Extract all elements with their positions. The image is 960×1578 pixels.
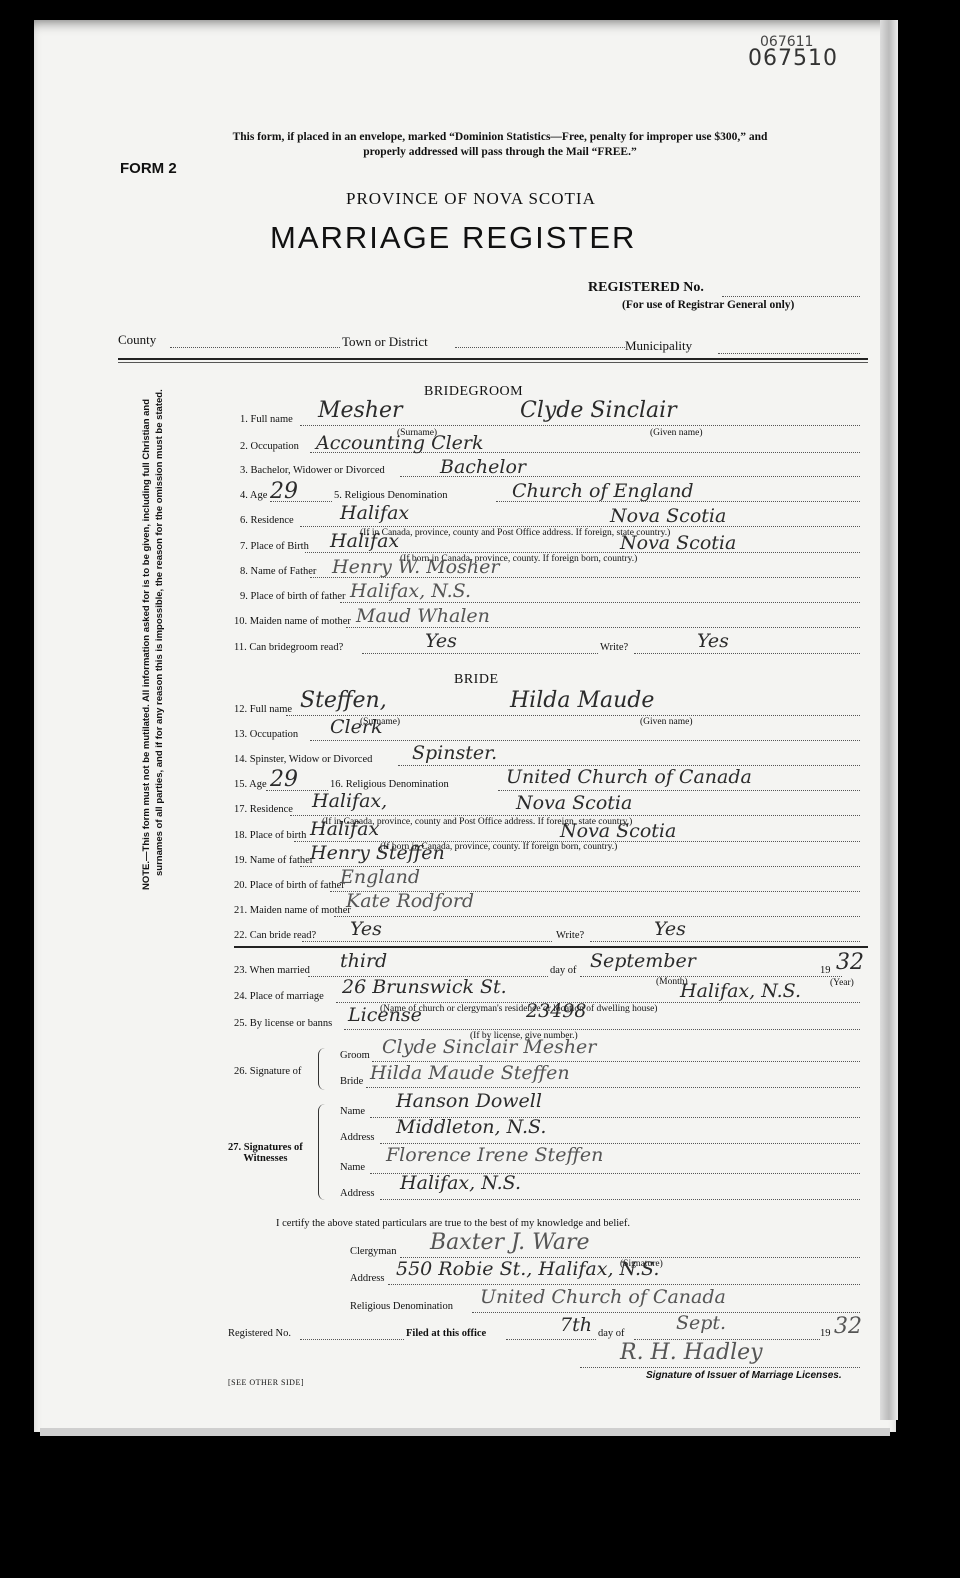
witnesses-label: 27. Signatures of Witnesses bbox=[228, 1142, 303, 1164]
filed-label: Filed at this office bbox=[406, 1328, 486, 1339]
groom-occupation: Accounting Clerk bbox=[316, 432, 484, 454]
marriage-place-city: Halifax, N.S. bbox=[680, 980, 801, 1002]
witness1-name-label: Name bbox=[340, 1106, 365, 1117]
registered-no-field[interactable] bbox=[722, 295, 860, 297]
groom-can-write: Yes bbox=[697, 630, 729, 652]
bride-father-birthplace: England bbox=[340, 866, 420, 888]
witnesses-label-line1: 27. Signatures of bbox=[228, 1142, 303, 1153]
marriage-place: 26 Brunswick St. bbox=[342, 976, 507, 998]
bride-father: Henry Steffen bbox=[310, 842, 445, 864]
town-field[interactable] bbox=[455, 346, 625, 348]
groom-father-birthplace: Halifax, N.S. bbox=[350, 580, 471, 602]
groom-status-label: 3. Bachelor, Widower or Divorced bbox=[240, 465, 385, 476]
year-prefix: 19 bbox=[820, 965, 831, 976]
groom-write-label: Write? bbox=[600, 642, 628, 653]
bride-can-read: Yes bbox=[350, 918, 382, 940]
groom-religion: Church of England bbox=[512, 480, 694, 502]
page-edge bbox=[880, 20, 898, 1420]
marriage-day: third bbox=[340, 950, 387, 972]
bride-birthplace-province: Nova Scotia bbox=[560, 820, 676, 842]
bride-religion-label: 16. Religious Denomination bbox=[330, 779, 449, 790]
bride-residence-label: 17. Residence bbox=[234, 804, 293, 815]
filed-year-prefix: 19 bbox=[820, 1328, 831, 1339]
groom-surname: Mesher bbox=[318, 398, 403, 423]
postal-notice-line1: This form, if placed in an envelope, mar… bbox=[150, 130, 850, 145]
groom-birthplace-province: Nova Scotia bbox=[620, 532, 736, 554]
registered-no-footer-label: Registered No. bbox=[228, 1328, 291, 1339]
municipality-label: Municipality bbox=[625, 338, 692, 354]
see-other-side: [SEE OTHER SIDE] bbox=[228, 1378, 304, 1387]
county-label: County bbox=[118, 332, 156, 348]
bride-birthplace-city: Halifax bbox=[310, 818, 379, 840]
when-married-label: 23. When married bbox=[234, 965, 310, 976]
groom-religion-label: 5. Religious Denomination bbox=[334, 490, 447, 501]
bride-status: Spinster. bbox=[412, 742, 497, 764]
bride-can-write: Yes bbox=[654, 918, 686, 940]
bride-surname: Steffen, bbox=[300, 688, 387, 713]
bride-occupation: Clerk bbox=[330, 716, 382, 738]
bride-residence-city: Halifax, bbox=[312, 790, 387, 812]
marriage-year: 32 bbox=[836, 950, 864, 975]
bride-father-birthplace-label: 20. Place of birth of father bbox=[234, 880, 345, 891]
certification-statement: I certify the above stated particulars a… bbox=[276, 1218, 630, 1229]
groom-birthplace-label: 7. Place of Birth bbox=[240, 541, 309, 552]
denomination-label: Religious Denomination bbox=[350, 1301, 453, 1312]
groom-full-name-label: 1. Full name bbox=[240, 414, 293, 425]
bride-status-label: 14. Spinster, Widow or Divorced bbox=[234, 754, 372, 765]
registered-no-note: (For use of Registrar General only) bbox=[622, 299, 794, 311]
clergyman-denomination: United Church of Canada bbox=[480, 1286, 726, 1308]
groom-father-birthplace-label: 9. Place of birth of father bbox=[240, 591, 346, 602]
license-type: License bbox=[348, 1004, 422, 1026]
filed-day: 7th bbox=[560, 1314, 592, 1336]
groom-signature-label: Groom bbox=[340, 1050, 370, 1061]
groom-read-label: 11. Can bridegroom read? bbox=[234, 642, 343, 653]
signature-of-label: 26. Signature of bbox=[234, 1066, 301, 1077]
side-note-line2: surnames of all parties, and if for any … bbox=[153, 389, 166, 890]
groom-father: Henry W. Mosher bbox=[332, 556, 499, 578]
groom-mother: Maud Whalen bbox=[356, 605, 490, 627]
bride-signature: Hilda Maude Steffen bbox=[370, 1062, 570, 1084]
side-note-line1: NOTE.—This form must not be mutilated. A… bbox=[140, 389, 153, 890]
witness1-name: Hanson Dowell bbox=[396, 1090, 542, 1112]
day-of-label: day of bbox=[550, 965, 577, 976]
postal-notice-line2: properly addressed will pass through the… bbox=[150, 145, 850, 160]
groom-father-label: 8. Name of Father bbox=[240, 566, 316, 577]
witness1-address-label: Address bbox=[340, 1132, 374, 1143]
bride-given-name: Hilda Maude bbox=[510, 688, 654, 713]
groom-occupation-label: 2. Occupation bbox=[240, 441, 299, 452]
witness2-name-label: Name bbox=[340, 1162, 365, 1173]
year-caption: (Year) bbox=[830, 978, 854, 988]
province-heading: PROVINCE OF NOVA SCOTIA bbox=[346, 189, 596, 209]
bride-full-name-label: 12. Full name bbox=[234, 704, 292, 715]
municipality-field[interactable] bbox=[718, 352, 860, 354]
bride-occupation-label: 13. Occupation bbox=[234, 729, 298, 740]
witness2-address-label: Address bbox=[340, 1188, 374, 1199]
clergyman-label: Clergyman bbox=[350, 1246, 396, 1257]
groom-residence-province: Nova Scotia bbox=[610, 505, 726, 527]
clergyman-address: 550 Robie St., Halifax, N.S. bbox=[396, 1258, 659, 1280]
signature-brace bbox=[318, 1048, 325, 1090]
bride-age-label: 15. Age bbox=[234, 779, 267, 790]
bride-residence-province: Nova Scotia bbox=[516, 792, 632, 814]
groom-given-name: Clyde Sinclair bbox=[520, 398, 677, 423]
groom-age: 29 bbox=[270, 479, 298, 504]
clergyman-signature: Baxter J. Ware bbox=[430, 1230, 590, 1255]
bride-heading: BRIDE bbox=[454, 672, 499, 688]
license-label: 25. By license or banns bbox=[234, 1018, 332, 1029]
license-number: 23498 bbox=[526, 1000, 586, 1022]
bride-religion: United Church of Canada bbox=[506, 766, 752, 788]
witnesses-brace bbox=[318, 1104, 325, 1200]
filed-day-of-label: day of bbox=[598, 1328, 625, 1339]
postal-notice: This form, if placed in an envelope, mar… bbox=[150, 130, 850, 160]
groom-mother-label: 10. Maiden name of mother bbox=[234, 616, 351, 627]
reference-number: 067510 bbox=[748, 46, 838, 71]
groom-given-caption: (Given name) bbox=[650, 428, 703, 438]
bride-signature-label: Bride bbox=[340, 1076, 363, 1087]
side-note: NOTE.—This form must not be mutilated. A… bbox=[140, 389, 166, 890]
witness2-name: Florence Irene Steffen bbox=[386, 1144, 603, 1166]
groom-signature: Clyde Sinclair Mesher bbox=[382, 1036, 596, 1058]
filed-month: Sept. bbox=[676, 1312, 726, 1334]
witness1-address: Middleton, N.S. bbox=[396, 1116, 546, 1138]
clergyman-address-label: Address bbox=[350, 1273, 384, 1284]
bride-write-label: Write? bbox=[556, 930, 584, 941]
county-field[interactable] bbox=[170, 346, 340, 348]
bridegroom-heading: BRIDEGROOM bbox=[424, 384, 523, 400]
groom-can-read: Yes bbox=[425, 630, 457, 652]
witnesses-label-line2: Witnesses bbox=[228, 1153, 303, 1164]
groom-residence-city: Halifax bbox=[340, 502, 409, 524]
town-label: Town or District bbox=[342, 334, 428, 350]
issuer-caption: Signature of Issuer of Marriage Licenses… bbox=[646, 1370, 842, 1381]
groom-birthplace-city: Halifax bbox=[330, 530, 399, 552]
groom-age-label: 4. Age bbox=[240, 490, 267, 501]
bride-mother: Kate Rodford bbox=[346, 890, 474, 912]
marriage-month: September bbox=[590, 950, 696, 972]
witness2-address: Halifax, N.S. bbox=[400, 1172, 521, 1194]
header-divider bbox=[118, 358, 868, 363]
place-of-marriage-label: 24. Place of marriage bbox=[234, 991, 324, 1002]
bride-divider bbox=[234, 946, 868, 948]
page-bottom-edge bbox=[40, 1428, 890, 1436]
groom-status: Bachelor bbox=[440, 456, 526, 478]
page-title: MARRIAGE REGISTER bbox=[270, 220, 636, 256]
bride-age: 29 bbox=[270, 767, 298, 792]
registered-no-label: REGISTERED No. bbox=[588, 280, 704, 296]
issuer-signature: R. H. Hadley bbox=[620, 1340, 763, 1365]
form-number: FORM 2 bbox=[120, 160, 177, 177]
groom-residence-label: 6. Residence bbox=[240, 515, 294, 526]
filed-year: 32 bbox=[834, 1314, 862, 1339]
bride-given-caption: (Given name) bbox=[640, 717, 693, 727]
